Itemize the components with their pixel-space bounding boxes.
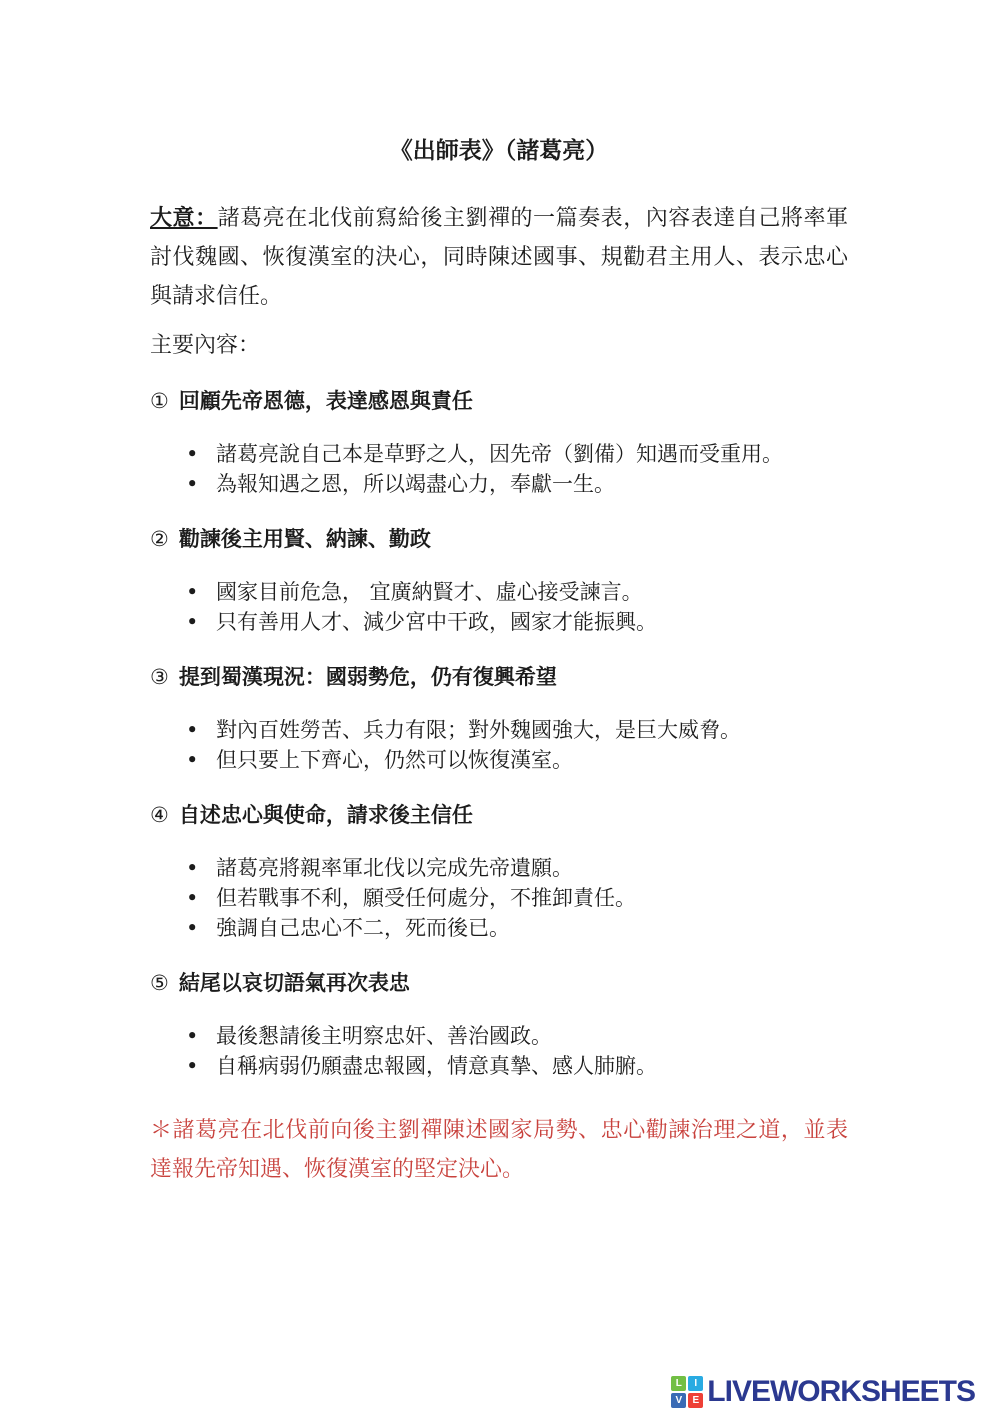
logo-tile-letter: L [671,1376,686,1391]
bullet-item: 對內百姓勞苦、兵力有限；對外魏國強大，是巨大威脅。 [186,715,848,745]
section-number: ② [150,527,169,551]
section-number: ① [150,389,169,413]
bullet-item: 自稱病弱仍願盡忠報國，情意真摯、感人肺腑。 [186,1051,848,1081]
liveworksheets-logo[interactable]: L I V E LIVEWORKSHEETS [671,1375,975,1409]
bullet-item: 但若戰事不利，願受任何處分，不推卸責任。 [186,883,848,913]
bullet-item: 最後懇請後主明察忠奸、善治國政。 [186,1021,848,1051]
summary-note: ＊諸葛亮在北伐前向後主劉禪陳述國家局勢、忠心勸諫治理之道，並表達報先帝知遇、恢復… [150,1111,848,1189]
section-heading-text: 自述忠心與使命，請求後主信任 [179,802,473,827]
bullet-item: 國家目前危急， 宜廣納賢才、虛心接受諫言。 [186,577,848,607]
bullet-list: 諸葛亮將親率軍北伐以完成先帝遺願。 但若戰事不利，願受任何處分，不推卸責任。 強… [150,853,848,943]
section-heading-text: 勸諫後主用賢、納諫、勤政 [179,526,431,551]
main-content-label: 主要內容： [150,331,848,361]
logo-tile-letter: I [688,1376,703,1391]
logo-tile-letter: E [688,1393,703,1408]
logo-tile-letter: V [671,1393,686,1408]
bullet-list: 國家目前危急， 宜廣納賢才、虛心接受諫言。 只有善用人才、減少宮中干政，國家才能… [150,577,848,637]
summary-text: 諸葛亮在北伐前寫給後主劉禪的一篇奏表，內容表達自己將率軍討伐魏國、恢復漢室的決心… [150,206,848,309]
section-heading-text: 提到蜀漢現況：國弱勢危，仍有復興希望 [179,664,557,689]
brand-wordmark: LIVEWORKSHEETS [707,1375,975,1409]
summary-paragraph: 大意：諸葛亮在北伐前寫給後主劉禪的一篇奏表，內容表達自己將率軍討伐魏國、恢復漢室… [150,199,848,316]
page-title: 《出師表》（諸葛亮） [150,136,848,166]
liveworksheets-logo-icon: L I V E [671,1376,703,1408]
bullet-item: 諸葛亮說自己本是草野之人，因先帝（劉備）知遇而受重用。 [186,439,848,469]
summary-label: 大意： [150,205,218,231]
bullet-list: 最後懇請後主明察忠奸、善治國政。 自稱病弱仍願盡忠報國，情意真摯、感人肺腑。 [150,1021,848,1081]
section-heading: ②勸諫後主用賢、納諫、勤政 [150,525,848,553]
section-number: ③ [150,665,169,689]
bullet-item: 為報知遇之恩，所以竭盡心力，奉獻一生。 [186,469,848,499]
bullet-list: 諸葛亮說自己本是草野之人，因先帝（劉備）知遇而受重用。 為報知遇之恩，所以竭盡心… [150,439,848,499]
section-heading: ⑤結尾以哀切語氣再次表忠 [150,969,848,997]
section-number: ⑤ [150,971,169,995]
section-heading: ①回顧先帝恩德，表達感恩與責任 [150,387,848,415]
bullet-item: 諸葛亮將親率軍北伐以完成先帝遺願。 [186,853,848,883]
bullet-item: 強調自己忠心不二，死而後已。 [186,913,848,943]
bullet-item: 只有善用人才、減少宮中干政，國家才能振興。 [186,607,848,637]
section-heading: ③提到蜀漢現況：國弱勢危，仍有復興希望 [150,663,848,691]
section-heading: ④自述忠心與使命，請求後主信任 [150,801,848,829]
bullet-list: 對內百姓勞苦、兵力有限；對外魏國強大，是巨大威脅。 但只要上下齊心，仍然可以恢復… [150,715,848,775]
bullet-item: 但只要上下齊心，仍然可以恢復漢室。 [186,745,848,775]
section-number: ④ [150,803,169,827]
worksheet-page: 《出師表》（諸葛亮） 大意：諸葛亮在北伐前寫給後主劉禪的一篇奏表，內容表達自己將… [0,0,1000,1415]
section-heading-text: 回顧先帝恩德，表達感恩與責任 [179,388,473,413]
section-heading-text: 結尾以哀切語氣再次表忠 [179,970,410,995]
